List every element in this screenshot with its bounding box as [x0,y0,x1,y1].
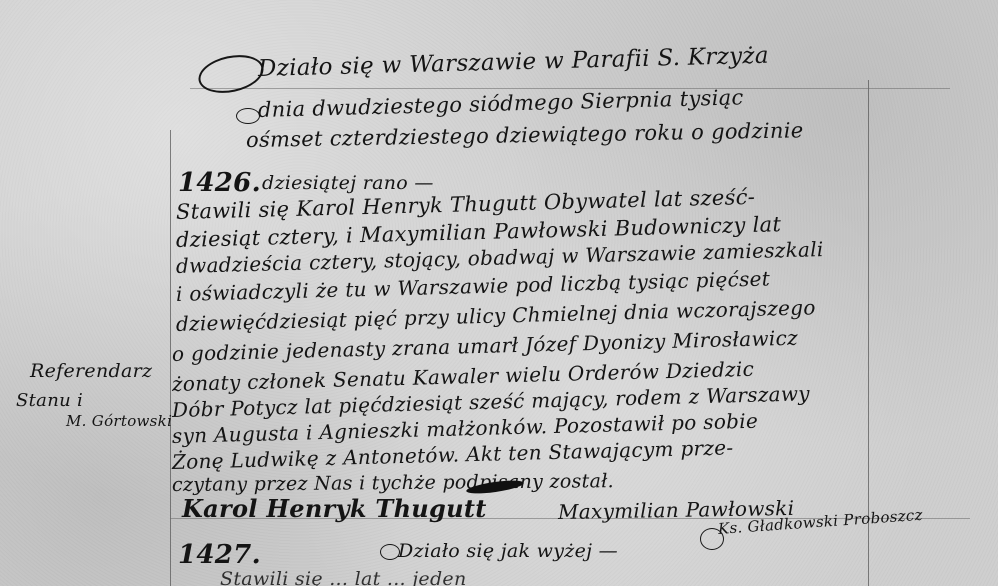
entry-1427-flourish-icon [380,544,400,560]
header-line-1: Działo się w Warszawie w Parafii S. Krzy… [258,43,769,82]
margin-note-line-1: Referendarz [30,360,152,382]
signature-witness-1: Karol Henryk Thugutt [182,494,487,523]
line-flourish-icon [236,108,260,124]
entry-number-1427: 1427. [178,540,261,570]
margin-note-signature: M. Górtowski [66,412,172,430]
entry-number-1426: 1426. [178,168,261,198]
entry-time-line: dziesiątej rano — [262,172,434,194]
entry-body-line-11: czytany przez Nas i tychże podpisany zos… [172,470,614,496]
register-page: Działo się w Warszawie w Parafii S. Krzy… [0,0,998,586]
margin-note-line-2: Stanu i [16,390,83,411]
header-line-3: ośmset czterdziestego dziewiątego roku o… [246,118,804,152]
header-line-2: dnia dwudziestego siódmego Sierpnia tysi… [258,85,744,122]
entry-1427-first-line: Działo się jak wyżej — [398,540,618,562]
header-flourish-icon [195,50,267,99]
entry-1427-partial-line: Stawili się ... lat ... jeden [220,568,467,586]
